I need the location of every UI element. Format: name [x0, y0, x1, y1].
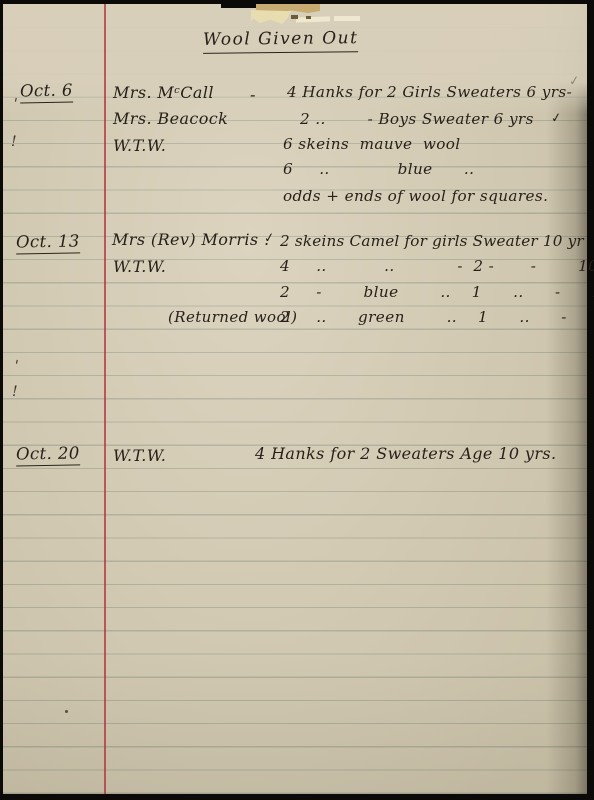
- margin-mark: !: [12, 384, 18, 400]
- tape-residue: [291, 15, 298, 19]
- note-returned-wool: (Returned wool): [168, 309, 297, 326]
- entry-dash: -: [250, 86, 256, 104]
- pencil-check-icon: ✓: [568, 73, 581, 89]
- entry-detail: 4 Hanks for 2 Girls Sweaters 6 yrs-: [287, 84, 572, 101]
- entry-detail: 2 skeins Camel for girls Sweater 10 yr: [280, 233, 584, 250]
- entry-name: W.T.W.: [113, 258, 166, 276]
- check-icon: ✓: [263, 230, 276, 246]
- tape-residue: [306, 16, 311, 19]
- entry-detail: 2 - blue .. 1 .. - 10 -: [280, 284, 594, 301]
- page-title: Wool Given Out: [203, 29, 359, 53]
- check-icon: ✓: [550, 110, 563, 126]
- red-margin-line: [104, 4, 106, 794]
- entry-name: W.T.W.: [113, 447, 166, 465]
- entry-date: Oct. 20: [16, 444, 80, 466]
- entry-detail: 2 .. - Boys Sweater 6 yrs: [300, 111, 534, 128]
- entry-detail: 2 .. green .. 1 .. - 10 -: [280, 309, 594, 326]
- entry-date: Oct. 6: [20, 82, 73, 104]
- entry-name: W.T.W.: [113, 137, 166, 155]
- torn-paper-speck: [334, 16, 360, 21]
- entry-name: Mrs (Rev) Morris .: [112, 231, 269, 249]
- entry-detail: odds + ends of wool for squares.: [283, 188, 548, 205]
- entry-name: Mrs. Beacock: [113, 110, 228, 128]
- margin-mark: !: [11, 134, 17, 150]
- entry-detail: 4 .. .. - 2 - - 10 -: [280, 258, 594, 275]
- ink-speck: [65, 710, 68, 713]
- entry-detail: 6 skeins mauve wool: [283, 136, 461, 153]
- entry-detail: 4 Hanks for 2 Sweaters Age 10 yrs.: [255, 445, 557, 463]
- entry-name: Mrs. MᶜCall: [113, 84, 214, 102]
- entry-date: Oct. 13: [16, 232, 80, 254]
- scanned-ledger-page: Wool Given Out ' ! ' ! Oct. 6 Mrs. MᶜCal…: [0, 0, 594, 800]
- entry-detail: 6 .. blue ..: [283, 161, 474, 178]
- page-tear-notch: [221, 0, 261, 8]
